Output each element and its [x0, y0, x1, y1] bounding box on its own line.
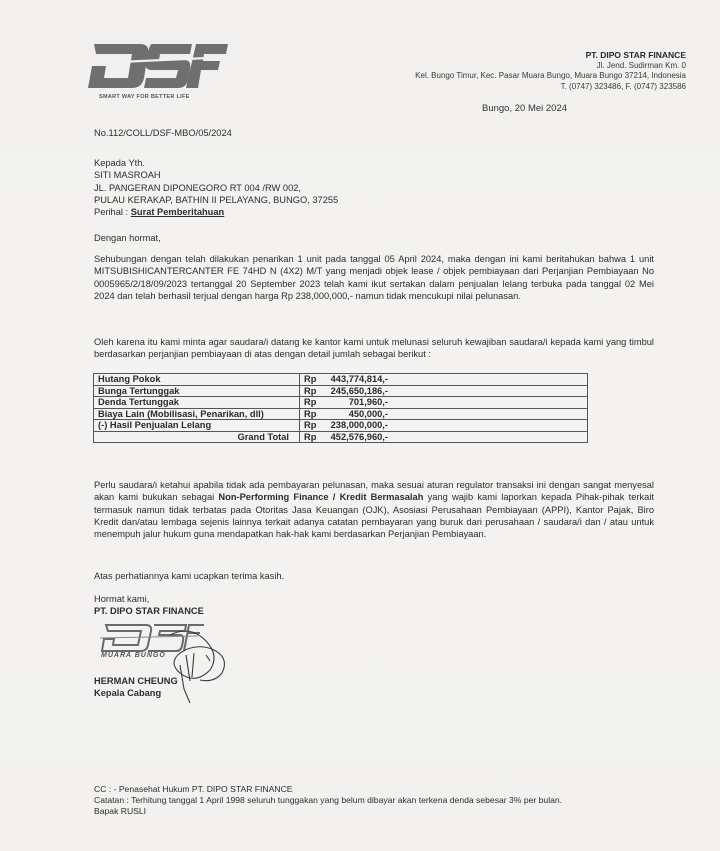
- amount-value: 443,774,814,-: [324, 374, 388, 385]
- closing-thanks: Atas perhatiannya kami ucapkan terima ka…: [94, 570, 284, 582]
- company-contact: T. (0747) 323486, F. (0747) 323586: [415, 82, 686, 93]
- debt-item-amount: Rp450,000,-: [300, 408, 588, 420]
- amount-value: 701,960,-: [324, 397, 388, 408]
- debt-item-label: Biaya Lain (Mobilisasi, Penarikan, dll): [94, 408, 300, 420]
- signer-name: HERMAN CHEUNG: [94, 676, 178, 688]
- footer-cc: CC : - Penasehat Hukum PT. DIPO STAR FIN…: [94, 784, 674, 795]
- company-address-line2: Kel. Bungo Timur, Kec. Pasar Muara Bungo…: [415, 71, 686, 82]
- debt-total-row: Grand TotalRp452,576,960,-: [94, 431, 588, 443]
- regards-block: Hormat kami, PT. DIPO STAR FINANCE: [94, 594, 204, 617]
- npf-emphasis: Non-Performing Finance / Kredit Bermasal…: [218, 492, 423, 502]
- paragraph-request: Oleh karena itu kami minta agar saudara/…: [94, 336, 654, 361]
- debt-item-label: Bunga Tertunggak: [94, 385, 300, 397]
- recipient-greeting: Kepada Yth.: [94, 157, 338, 169]
- debt-row: (-) Hasil Penjualan LelangRp238,000,000,…: [94, 420, 588, 432]
- debt-row: Hutang PokokRp443,774,814,-: [94, 374, 588, 386]
- debt-item-label: (-) Hasil Penjualan Lelang: [94, 420, 300, 432]
- company-name: PT. DIPO STAR FINANCE: [415, 50, 686, 61]
- letter-date: Bungo, 20 Mei 2024: [482, 103, 567, 114]
- letter-page: SMART WAY FOR BETTER LIFE PT. DIPO STAR …: [0, 0, 720, 851]
- paragraph-repossession: Sehubungan dengan telah dilakukan penari…: [94, 253, 654, 302]
- debt-item-label: Hutang Pokok: [94, 374, 300, 386]
- company-address-line1: Jl. Jend. Sudirman Km. 0: [415, 61, 686, 72]
- amount-value: 238,000,000,-: [324, 420, 388, 431]
- signer-title: Kepala Cabang: [94, 688, 178, 700]
- debt-table: Hutang PokokRp443,774,814,-Bunga Tertung…: [93, 373, 588, 443]
- paragraph-warning: Perlu saudara/i ketahui apabila tidak ad…: [94, 479, 654, 540]
- reference-number: No.112/COLL/DSF-MBO/05/2024: [94, 127, 232, 139]
- currency-label: Rp: [304, 409, 324, 420]
- company-address-block: PT. DIPO STAR FINANCE Jl. Jend. Sudirman…: [415, 50, 686, 92]
- dsf-logo-icon: [88, 40, 228, 92]
- regards-text: Hormat kami,: [94, 594, 204, 606]
- debt-item-amount: Rp245,650,186,-: [300, 385, 588, 397]
- debt-row: Denda TertunggakRp701,960,-: [94, 397, 588, 409]
- recipient-block: Kepada Yth. SITI MASROAH JL. PANGERAN DI…: [94, 157, 338, 218]
- recipient-address-line2: PULAU KERAKAP, BATHIN II PELAYANG, BUNGO…: [94, 194, 338, 206]
- signer-block: HERMAN CHEUNG Kepala Cabang: [94, 676, 178, 699]
- subject-line: Perihal : Surat Pemberitahuan: [94, 206, 338, 218]
- recipient-name: SITI MASROAH: [94, 169, 338, 181]
- footer-attention: Bapak RUSLI: [94, 806, 674, 817]
- debt-item-amount: Rp701,960,-: [300, 397, 588, 409]
- debt-item-label: Denda Tertunggak: [94, 397, 300, 409]
- debt-item-amount: Rp238,000,000,-: [300, 420, 588, 432]
- footer-note: Catatan : Terhitung tanggal 1 April 1998…: [94, 795, 674, 806]
- debt-item-amount: Rp443,774,814,-: [300, 374, 588, 386]
- subject-text: Surat Pemberitahuan: [131, 207, 225, 217]
- amount-value: 245,650,186,-: [324, 386, 388, 397]
- amount-value: 452,576,960,-: [324, 432, 388, 443]
- footer-notes: CC : - Penasehat Hukum PT. DIPO STAR FIN…: [94, 784, 674, 817]
- currency-label: Rp: [304, 386, 324, 397]
- currency-label: Rp: [304, 397, 324, 408]
- currency-label: Rp: [304, 420, 324, 431]
- amount-value: 450,000,-: [324, 409, 388, 420]
- currency-label: Rp: [304, 432, 324, 443]
- currency-label: Rp: [304, 374, 324, 385]
- subject-label: Perihal :: [94, 207, 131, 217]
- debt-row: Bunga TertunggakRp245,650,186,-: [94, 385, 588, 397]
- company-tagline: SMART WAY FOR BETTER LIFE: [99, 94, 190, 100]
- total-label: Grand Total: [94, 431, 300, 443]
- debt-row: Biaya Lain (Mobilisasi, Penarikan, dll)R…: [94, 408, 588, 420]
- recipient-address-line1: JL. PANGERAN DIPONEGORO RT 004 /RW 002,: [94, 182, 338, 194]
- signoff-company: PT. DIPO STAR FINANCE: [94, 606, 204, 618]
- total-amount: Rp452,576,960,-: [300, 431, 588, 443]
- salutation: Dengan hormat,: [94, 232, 161, 244]
